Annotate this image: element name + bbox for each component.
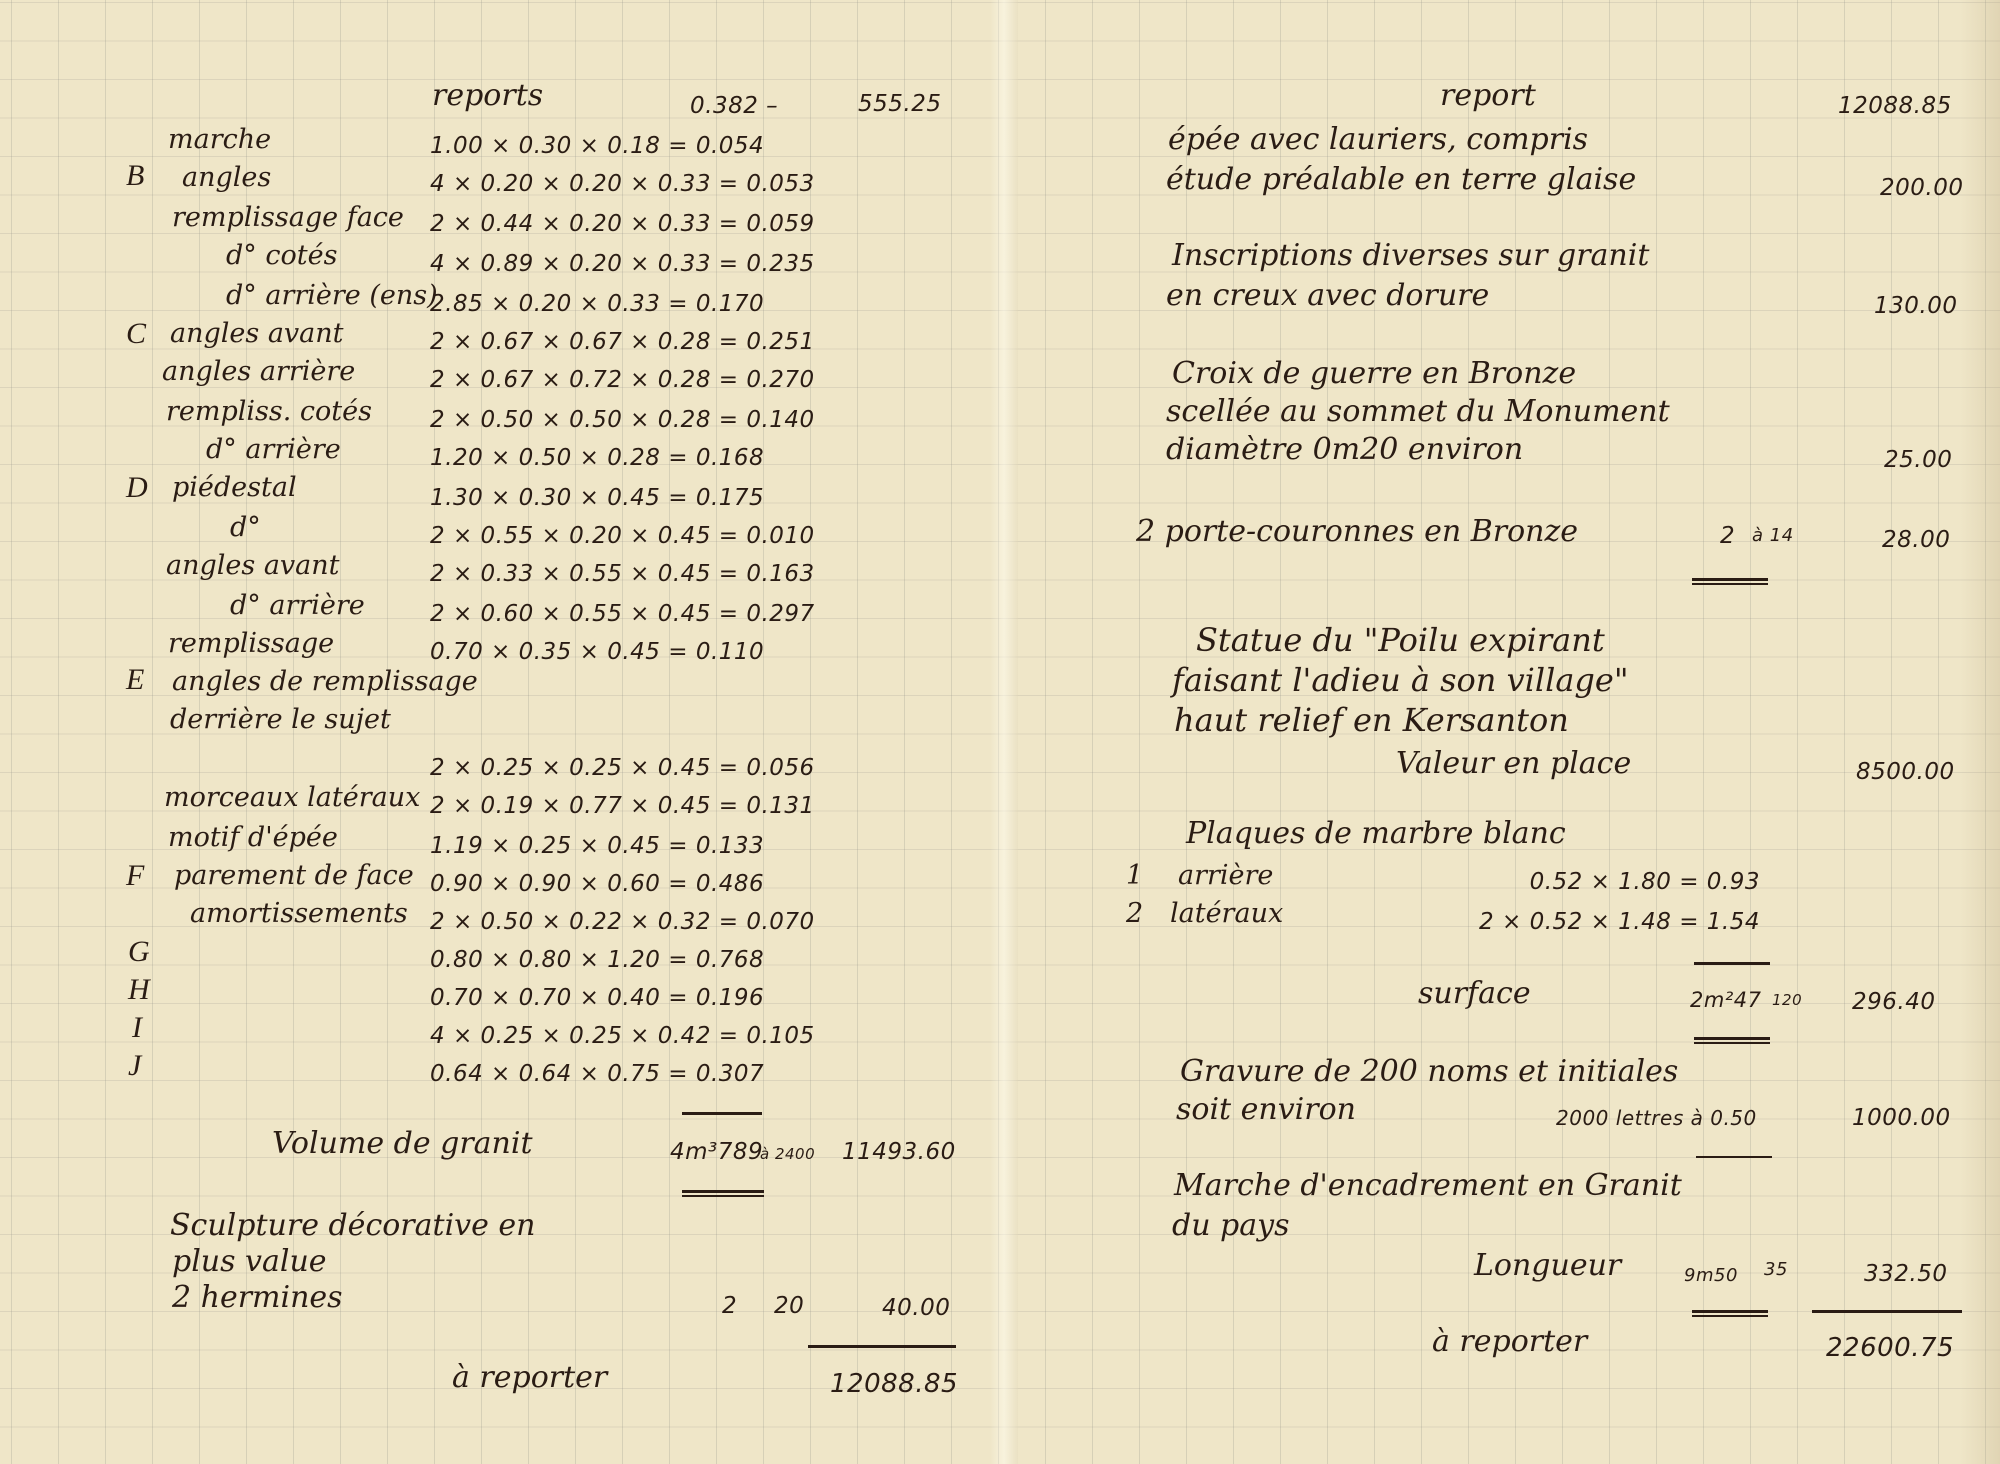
row-label: d° cotés [226, 240, 337, 272]
row-label: d° arrière (ens) [226, 280, 438, 312]
sculpture-line2: plus value [172, 1246, 327, 1278]
item-line: Statue du "Poilu expirant [1196, 624, 1605, 656]
item-line: haut relief en Kersanton [1174, 704, 1569, 736]
item-rate: à 14 [1752, 520, 1794, 552]
row-calc: 0.70 × 0.35 × 0.45 = 0.110 [430, 636, 760, 668]
row-calc: 2.85 × 0.20 × 0.33 = 0.170 [430, 288, 760, 320]
row-calc: 4 × 0.89 × 0.20 × 0.33 = 0.235 [430, 248, 760, 280]
carry-forward-amount: 12088.85 [830, 1368, 958, 1400]
row-letter: C [126, 318, 146, 350]
item-amount: 25.00 [1884, 444, 1952, 476]
row-label: angles [182, 162, 271, 194]
row-calc: 2 × 0.67 × 0.72 × 0.28 = 0.270 [430, 364, 760, 396]
volume-quantity: 4m³789 [670, 1136, 763, 1168]
plaque-count: 2 [1126, 898, 1143, 930]
sculpture-line3: 2 hermines [172, 1282, 343, 1314]
plaques-title: Plaques de marbre blanc [1186, 818, 1566, 850]
row-label: angles de remplissage [172, 666, 478, 698]
row-calc: 2 × 0.25 × 0.25 × 0.45 = 0.056 [430, 752, 760, 784]
row-calc: 2 × 0.50 × 0.50 × 0.28 = 0.140 [430, 404, 760, 436]
left-header-label: reports [432, 80, 543, 112]
double-rule [1692, 578, 1768, 585]
right-header-label: report [1440, 80, 1536, 112]
row-letter: B [126, 160, 144, 192]
row-calc: 2 × 0.33 × 0.55 × 0.45 = 0.163 [430, 558, 760, 590]
row-label: remplissage [168, 628, 334, 660]
row-calc: 4 × 0.20 × 0.20 × 0.33 = 0.053 [430, 168, 760, 200]
item-line: 2 porte-couronnes en Bronze [1136, 516, 1578, 548]
row-label: angles arrière [162, 356, 355, 388]
row-calc: 2 × 0.50 × 0.22 × 0.32 = 0.070 [430, 906, 760, 938]
row-label: rempliss. cotés [166, 396, 372, 428]
item-amount: 8500.00 [1856, 756, 1955, 788]
carry-forward-amount: 22600.75 [1826, 1332, 1954, 1364]
row-calc: 2 × 0.44 × 0.20 × 0.33 = 0.059 [430, 208, 760, 240]
row-calc: 4 × 0.25 × 0.25 × 0.42 = 0.105 [430, 1020, 760, 1052]
row-calc: 1.30 × 0.30 × 0.45 = 0.175 [430, 482, 760, 514]
row-label: angles avant [166, 550, 340, 582]
left-header-volume: 0.382 – [690, 90, 778, 122]
row-label: d° arrière [206, 434, 341, 466]
gravure-detail: 2000 lettres à 0.50 [1556, 1102, 1757, 1134]
plaque-label: latéraux [1170, 898, 1283, 930]
marche-rate: 35 [1764, 1254, 1788, 1286]
page-fold [990, 0, 1018, 1464]
plaque-calc: 0.52 × 1.80 = 0.93 [1460, 866, 1760, 898]
item-amount: 130.00 [1874, 290, 1957, 322]
marche-length-qty: 9m50 [1684, 1260, 1738, 1292]
page-edge [1960, 0, 2000, 1464]
surface-rate: 120 [1772, 984, 1802, 1016]
subtotal-rule [682, 1112, 762, 1115]
sculpture-quantity: 2 [722, 1290, 737, 1322]
row-label: motif d'épée [168, 822, 338, 854]
total-rule [1812, 1310, 1962, 1313]
item-line: diamètre 0m20 environ [1166, 434, 1523, 466]
plaque-label: arrière [1178, 860, 1273, 892]
row-calc: 2 × 0.19 × 0.77 × 0.45 = 0.131 [430, 790, 760, 822]
item-line: épée avec lauriers, compris [1168, 124, 1588, 156]
surface-amount: 296.40 [1852, 986, 1935, 1018]
row-label: remplissage face [172, 202, 404, 234]
row-letter: G [128, 936, 150, 968]
surface-label: surface [1418, 978, 1531, 1010]
row-letter: J [128, 1050, 141, 1082]
gravure-line1: Gravure de 200 noms et initiales [1180, 1056, 1678, 1088]
marche-length-label: Longueur [1474, 1250, 1621, 1282]
total-rule [808, 1345, 956, 1348]
carry-forward-label: à reporter [452, 1362, 607, 1394]
volume-amount: 11493.60 [842, 1136, 956, 1168]
volume-rate: à 2400 [760, 1138, 815, 1170]
row-calc: 2 × 0.55 × 0.20 × 0.45 = 0.010 [430, 520, 760, 552]
volume-label: Volume de granit [272, 1128, 533, 1160]
row-letter: I [132, 1012, 142, 1044]
row-label: marche [168, 124, 271, 156]
row-label: d° arrière [230, 590, 365, 622]
row-letter: H [128, 974, 150, 1006]
item-line: Valeur en place [1396, 748, 1631, 780]
gravure-amount: 1000.00 [1852, 1102, 1951, 1134]
row-calc: 1.00 × 0.30 × 0.18 = 0.054 [430, 130, 760, 162]
plaque-calc: 2 × 0.52 × 1.48 = 1.54 [1460, 906, 1760, 938]
double-rule [1692, 1310, 1768, 1317]
subtotal-rule [1696, 1156, 1772, 1158]
row-label: d° [230, 512, 261, 544]
marche-line1: Marche d'encadrement en Granit [1174, 1170, 1682, 1202]
double-rule [1694, 1037, 1770, 1044]
item-line: scellée au sommet du Monument [1166, 396, 1670, 428]
row-label: morceaux latéraux [164, 782, 420, 814]
sculpture-rate: 20 [774, 1290, 804, 1322]
item-amount: 28.00 [1882, 524, 1950, 556]
marche-amount: 332.50 [1864, 1258, 1947, 1290]
sculpture-amount: 40.00 [882, 1292, 950, 1324]
item-line: Croix de guerre en Bronze [1172, 358, 1576, 390]
row-letter: D [126, 472, 148, 504]
row-label: amortissements [190, 898, 408, 930]
sculpture-line1: Sculpture décorative en [170, 1210, 536, 1242]
item-quantity: 2 [1720, 520, 1735, 552]
plaque-count: 1 [1126, 860, 1143, 892]
row-calc: 0.90 × 0.90 × 0.60 = 0.486 [430, 868, 760, 900]
subtotal-rule [1694, 962, 1770, 965]
row-calc: 0.80 × 0.80 × 1.20 = 0.768 [430, 944, 760, 976]
item-line: Inscriptions diverses sur granit [1172, 240, 1649, 272]
gravure-line2: soit environ [1176, 1094, 1356, 1126]
item-line: étude préalable en terre glaise [1166, 164, 1636, 196]
row-calc: 1.19 × 0.25 × 0.45 = 0.133 [430, 830, 760, 862]
surface-quantity: 2m²47 [1690, 984, 1761, 1016]
row-calc: 0.64 × 0.64 × 0.75 = 0.307 [430, 1058, 760, 1090]
row-label: angles avant [170, 318, 344, 350]
double-rule [682, 1190, 764, 1197]
row-calc: 2 × 0.67 × 0.67 × 0.28 = 0.251 [430, 326, 760, 358]
row-label: piédestal [172, 472, 297, 504]
marche-line2: du pays [1172, 1210, 1290, 1242]
row-letter: E [126, 664, 144, 696]
row-calc: 0.70 × 0.70 × 0.40 = 0.196 [430, 982, 760, 1014]
item-line: en creux avec dorure [1166, 280, 1489, 312]
left-header-amount: 555.25 [858, 88, 941, 120]
item-amount: 200.00 [1880, 172, 1963, 204]
row-calc: 2 × 0.60 × 0.55 × 0.45 = 0.297 [430, 598, 760, 630]
right-header-amount: 12088.85 [1838, 90, 1952, 122]
item-line: faisant l'adieu à son village" [1172, 664, 1629, 696]
row-label: derrière le sujet [170, 704, 391, 736]
row-calc: 1.20 × 0.50 × 0.28 = 0.168 [430, 442, 760, 474]
row-label: parement de face [174, 860, 414, 892]
row-letter: F [126, 860, 144, 892]
carry-forward-label: à reporter [1432, 1326, 1587, 1358]
